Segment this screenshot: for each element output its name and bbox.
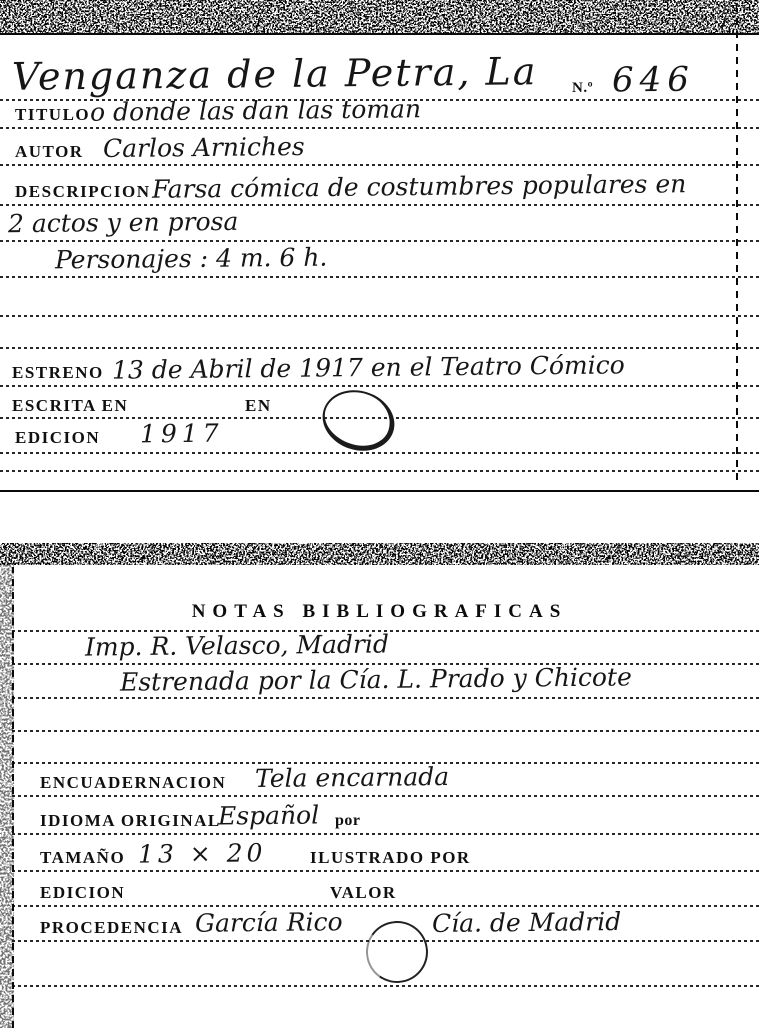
handwritten-descripcion-line1: Farsa cómica de costumbres populares en	[152, 169, 687, 204]
handwritten-title: Venganza de la Petra, La	[12, 49, 538, 98]
handwritten-estrenada: Estrenada por la Cía. L. Prado y Chicote	[120, 662, 632, 696]
ruled-line	[12, 730, 759, 732]
ruled-line	[12, 833, 759, 835]
handwritten-titulo: o donde las dan las toman	[90, 94, 421, 126]
ruled-line	[12, 870, 759, 872]
handwritten-autor: Carlos Arniches	[103, 132, 305, 163]
ruled-line	[0, 204, 759, 206]
scanned-catalog-card-page: { "colors": { "paper": "#ffffff", "ink":…	[0, 0, 759, 1028]
ruled-line	[0, 315, 759, 317]
handwritten-imprenta: Imp. R. Velasco, Madrid	[85, 629, 389, 661]
number-label: N.º	[572, 80, 593, 97]
scan-noise-band-top	[0, 0, 759, 34]
ruled-line	[0, 276, 759, 278]
ruled-line	[0, 127, 759, 129]
round-stamp	[361, 916, 433, 988]
handwritten-personajes: Personajes : 4 m. 6 h.	[55, 243, 328, 275]
field-label-edicion-2: EDICION	[40, 883, 125, 903]
field-label-encuadernacion: ENCUADERNACION	[40, 773, 226, 793]
handwritten-procedencia-part2: Cía. de Madrid	[432, 907, 621, 938]
ruled-line	[12, 795, 759, 797]
card-top-bottom-line	[0, 490, 759, 492]
field-label-ilustrado-por: ILUSTRADO POR	[310, 848, 471, 868]
ruled-line	[12, 985, 759, 987]
ruled-line	[0, 470, 759, 472]
field-label-en: EN	[245, 396, 272, 416]
card-top-right-edge	[736, 8, 738, 480]
round-stamp	[315, 381, 403, 460]
ruled-line	[0, 452, 759, 454]
ruled-line	[0, 240, 759, 242]
handwritten-card-number: 646	[612, 60, 695, 101]
handwritten-procedencia-part1: García Rico	[195, 907, 343, 938]
scan-edge-line	[0, 33, 759, 35]
ruled-line	[0, 347, 759, 349]
scan-noise-band-middle	[0, 543, 759, 565]
handwritten-descripcion-line2: 2 actos y en prosa	[8, 207, 239, 238]
handwritten-tamano: 13 × 20	[138, 838, 267, 868]
handwritten-idioma: Español	[218, 800, 319, 830]
field-label-estreno: ESTRENO	[12, 363, 104, 383]
field-label-valor: VALOR	[330, 883, 397, 903]
field-label-idioma-original: IDIOMA ORIGINAL	[40, 811, 221, 831]
field-label-titulo: TITULO	[15, 105, 90, 125]
ruled-line	[0, 164, 759, 166]
field-label-descripcion: DESCRIPCION	[15, 182, 151, 202]
handwritten-edicion: 1917	[140, 419, 224, 449]
card-bottom-left-edge	[12, 567, 14, 1028]
ruled-line	[12, 905, 759, 907]
field-label-procedencia: PROCEDENCIA	[40, 918, 183, 938]
notes-section-title: NOTAS BIBLIOGRAFICAS	[0, 601, 759, 623]
field-label-edicion: EDICION	[15, 428, 100, 448]
field-label-tamano: TAMAÑO	[40, 848, 125, 868]
field-label-por: por	[335, 812, 361, 830]
handwritten-encuadernacion: Tela encarnada	[255, 762, 449, 793]
field-label-autor: AUTOR	[15, 142, 84, 162]
ruled-line	[12, 697, 759, 699]
ruled-line	[0, 385, 759, 387]
handwritten-estreno: 13 de Abril de 1917 en el Teatro Cómico	[112, 350, 625, 384]
field-label-escrita-en: ESCRITA EN	[12, 396, 128, 416]
